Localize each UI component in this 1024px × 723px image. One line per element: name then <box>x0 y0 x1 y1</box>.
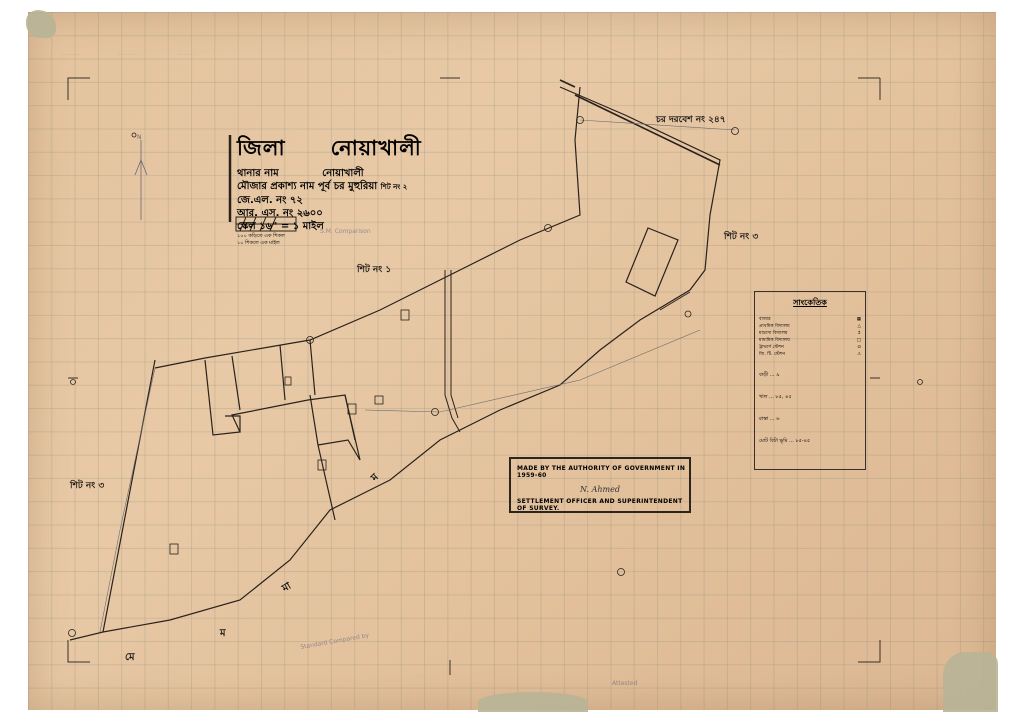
traverse-station-icon: ⊙ <box>857 344 861 351</box>
mouza-name: পূর্ব চর মুহুরিয়া <box>318 181 377 192</box>
rs-no: আর. এস. নং ২৬০০ <box>237 207 422 220</box>
legend-item-label: জি. টি. স্টেশন <box>759 351 785 358</box>
thana-row: থানার নাম নোয়াখালী <box>237 167 422 180</box>
sheet-ref: শিট নং ২ <box>381 183 408 191</box>
map-lines <box>0 0 1024 723</box>
primary-school-icon: △ <box>858 323 861 330</box>
legend-item-label: ট্রাভার্স স্টেশন <box>759 344 784 351</box>
authority-signature: N. Ahmed <box>511 485 689 494</box>
jl-no: জে.এল. নং ৭২ <box>237 194 422 207</box>
legend-item-label: মাধ্যমিক বিদ্যালয় <box>759 337 790 344</box>
mouza-label: মৌজার প্রকাশ্য নাম <box>237 181 314 192</box>
legend-item-label: মাদ্রাসা বিদ্যালয় <box>759 330 788 337</box>
pencil-annotation: Attested <box>612 680 637 687</box>
legend-extra: বাড়ী ... ৯ <box>755 372 865 380</box>
madrasa-icon: ↥ <box>857 330 861 337</box>
extra-value: ৮৫, ৪৫ <box>775 394 791 400</box>
extra-value: ৯ <box>776 372 779 378</box>
field-letter: ম <box>220 626 226 643</box>
field-letter: মে <box>125 650 135 667</box>
north-label: N <box>137 134 142 141</box>
legend-item: বাজার▦ <box>755 316 865 323</box>
authority-line-1: MADE BY THE AUTHORITY OF GOVERNMENT IN 1… <box>511 459 689 479</box>
legend-extra: খাল ... ৮৫, ৪৫ <box>755 394 865 402</box>
secondary-school-icon: □ <box>857 337 861 344</box>
legend-item: মাধ্যমিক বিদ্যালয়□ <box>755 337 865 344</box>
sheet-3-right-label: শিট নং ৩ <box>724 229 758 244</box>
authority-box: MADE BY THE AUTHORITY OF GOVERNMENT IN 1… <box>509 457 691 513</box>
extra-label: বাড়ী <box>759 372 768 378</box>
market-icon: ▦ <box>857 316 861 323</box>
extra-value: ৬ <box>776 416 779 422</box>
authority-line-2: SETTLEMENT OFFICER AND SUPERINTENDENT OF… <box>511 494 689 512</box>
legend-item: জি. টি. স্টেশন⚠ <box>755 351 865 358</box>
legend-box: সাংকেতিক বাজার▦ প্রাথমিক বিদ্যালয়△ মাদ্… <box>754 291 866 470</box>
gt-station-icon: ⚠ <box>857 351 861 358</box>
thana-label: থানার নাম <box>237 168 279 179</box>
mouza-row: মৌজার প্রকাশ্য নাম পূর্ব চর মুহুরিয়া শি… <box>237 180 422 194</box>
district-name: নোয়াখালী <box>331 136 422 160</box>
legend-items: বাজার▦ প্রাথমিক বিদ্যালয়△ মাদ্রাসা বিদ্… <box>755 316 865 358</box>
legend-title: সাংকেতিক <box>755 297 865 310</box>
district-label: জিলা <box>237 136 286 160</box>
legend-item: প্রাথমিক বিদ্যালয়△ <box>755 323 865 330</box>
legend-item-label: বাজার <box>759 316 771 323</box>
scale-bar-label: শিকল <box>298 212 310 220</box>
legend-extra: রাস্তা ... ৬ <box>755 416 865 424</box>
district-row: জিলা নোয়াখালী <box>237 132 422 167</box>
extra-label: মোট বিটা ভূমি <box>759 438 787 444</box>
extra-value: ৮৫-৪৫ <box>795 438 810 444</box>
legend-item-label: প্রাথমিক বিদ্যালয় <box>759 323 790 330</box>
legend-item: মাদ্রাসা বিদ্যালয়↥ <box>755 330 865 337</box>
legend-item: ট্রাভার্স স্টেশন⊙ <box>755 344 865 351</box>
thana-name: নোয়াখালী <box>322 168 364 179</box>
legend-extra: মোট বিটা ভূমি ... ৮৫-৪৫ <box>755 438 865 446</box>
scale-note-2: ১০ শিকলে এক মাইল <box>237 240 422 247</box>
extra-label: রাস্তা <box>759 416 768 422</box>
extra-label: খাল <box>759 394 767 400</box>
sheet-1-label: শিট নং ১ <box>357 262 391 277</box>
pencil-annotation: S.M. Comparison <box>320 228 371 235</box>
sheet-3-left-label: শিট নং ৩ <box>70 478 104 493</box>
adjacent-mouza-label: চর দরবেশ নং ২৪৭ <box>656 112 726 127</box>
